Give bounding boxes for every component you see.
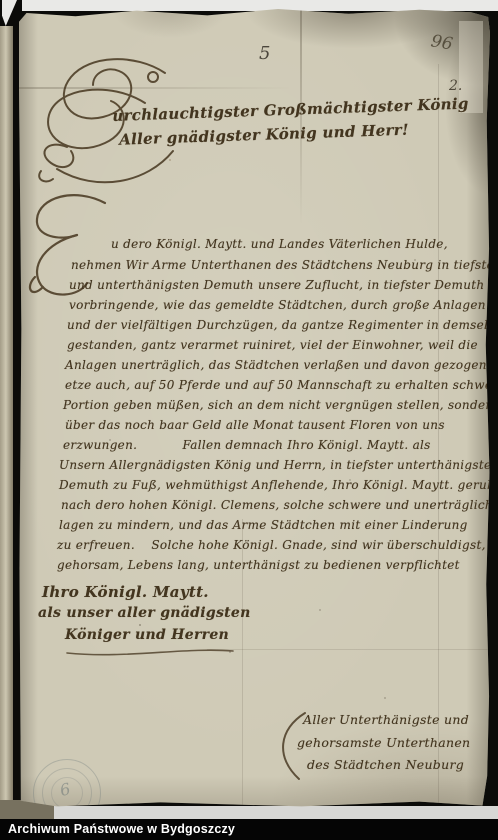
fold-crease xyxy=(207,649,490,650)
fold-crease xyxy=(438,64,439,808)
body-line: etze auch, auf 50 Pferde und auf 50 Mann… xyxy=(65,378,498,392)
body-line: Demuth zu Fuß, wehmüthigst Anflehende, I… xyxy=(59,478,498,492)
body-line: nehmen Wir Arme Unterthanen des Städtche… xyxy=(71,258,498,272)
body-line: erzwungen. Fallen demnach Ihro Königl. M… xyxy=(63,438,431,452)
body-line: vorbringende, wie das gemeldte Städtchen… xyxy=(69,298,498,312)
underline-flourish-icon xyxy=(65,645,237,659)
salutation-line-2: Aller gnädigster König und Herr! xyxy=(119,121,409,149)
body-line: Unsern Allergnädigsten König und Herrn, … xyxy=(59,458,497,472)
scan-background-strip-bottom xyxy=(54,806,498,819)
address-line: Königer und Herren xyxy=(65,627,229,643)
body-line: und unterthänigsten Demuth unsere Zufluc… xyxy=(69,278,484,292)
closing-line: Aller Unterthänigste und xyxy=(303,712,469,727)
folio-number-corner: 96 xyxy=(429,31,454,54)
body-line: über das noch baar Geld alle Monat tause… xyxy=(65,418,445,432)
scan-background-strip-top xyxy=(22,0,498,11)
body-line: Anlagen unerträglich, das Städtchen verl… xyxy=(65,358,498,372)
body-line: lagen zu mindern, und das Arme Städtchen… xyxy=(59,518,468,532)
closing-line: des Städtchen Neuburg xyxy=(307,757,464,772)
paper-specks xyxy=(19,9,21,11)
scan-background-sliver xyxy=(2,0,17,26)
underlying-page-edge xyxy=(0,26,13,802)
manuscript-page: 5 96 2. urchlauchtigster Großmächtigster… xyxy=(19,9,490,808)
scanned-manuscript-photo: 5 96 2. urchlauchtigster Großmächtigster… xyxy=(0,0,498,840)
body-line: nach dero hohen Königl. Clemens, solche … xyxy=(61,498,498,512)
body-line: und der vielfältigen Durchzügen, da gant… xyxy=(67,318,498,332)
salutation-block: urchlauchtigster Großmächtigster König A… xyxy=(102,91,464,174)
address-line: Ihro Königl. Maytt. xyxy=(42,583,209,601)
address-line: als unser aller gnädigsten xyxy=(38,605,251,621)
body-line: zu erfreuen. Solche hohe Königl. Gnade, … xyxy=(57,538,486,552)
body-line: gehorsam, Lebens lang, unterthänigst zu … xyxy=(57,558,460,572)
body-line: Portion geben müßen, sich an dem nicht v… xyxy=(63,398,498,412)
closing-line: gehorsamste Unterthanen xyxy=(297,735,470,750)
archive-caption-bar: Archiwum Państwowe w Bydgoszczy xyxy=(0,819,498,840)
body-line: u dero Königl. Maytt. und Landes Väterli… xyxy=(111,237,448,251)
archive-caption-text: Archiwum Państwowe w Bydgoszczy xyxy=(0,819,498,840)
folio-number-center: 5 xyxy=(259,43,270,64)
body-line: gestanden, gantz verarmet ruiniret, viel… xyxy=(67,338,478,352)
